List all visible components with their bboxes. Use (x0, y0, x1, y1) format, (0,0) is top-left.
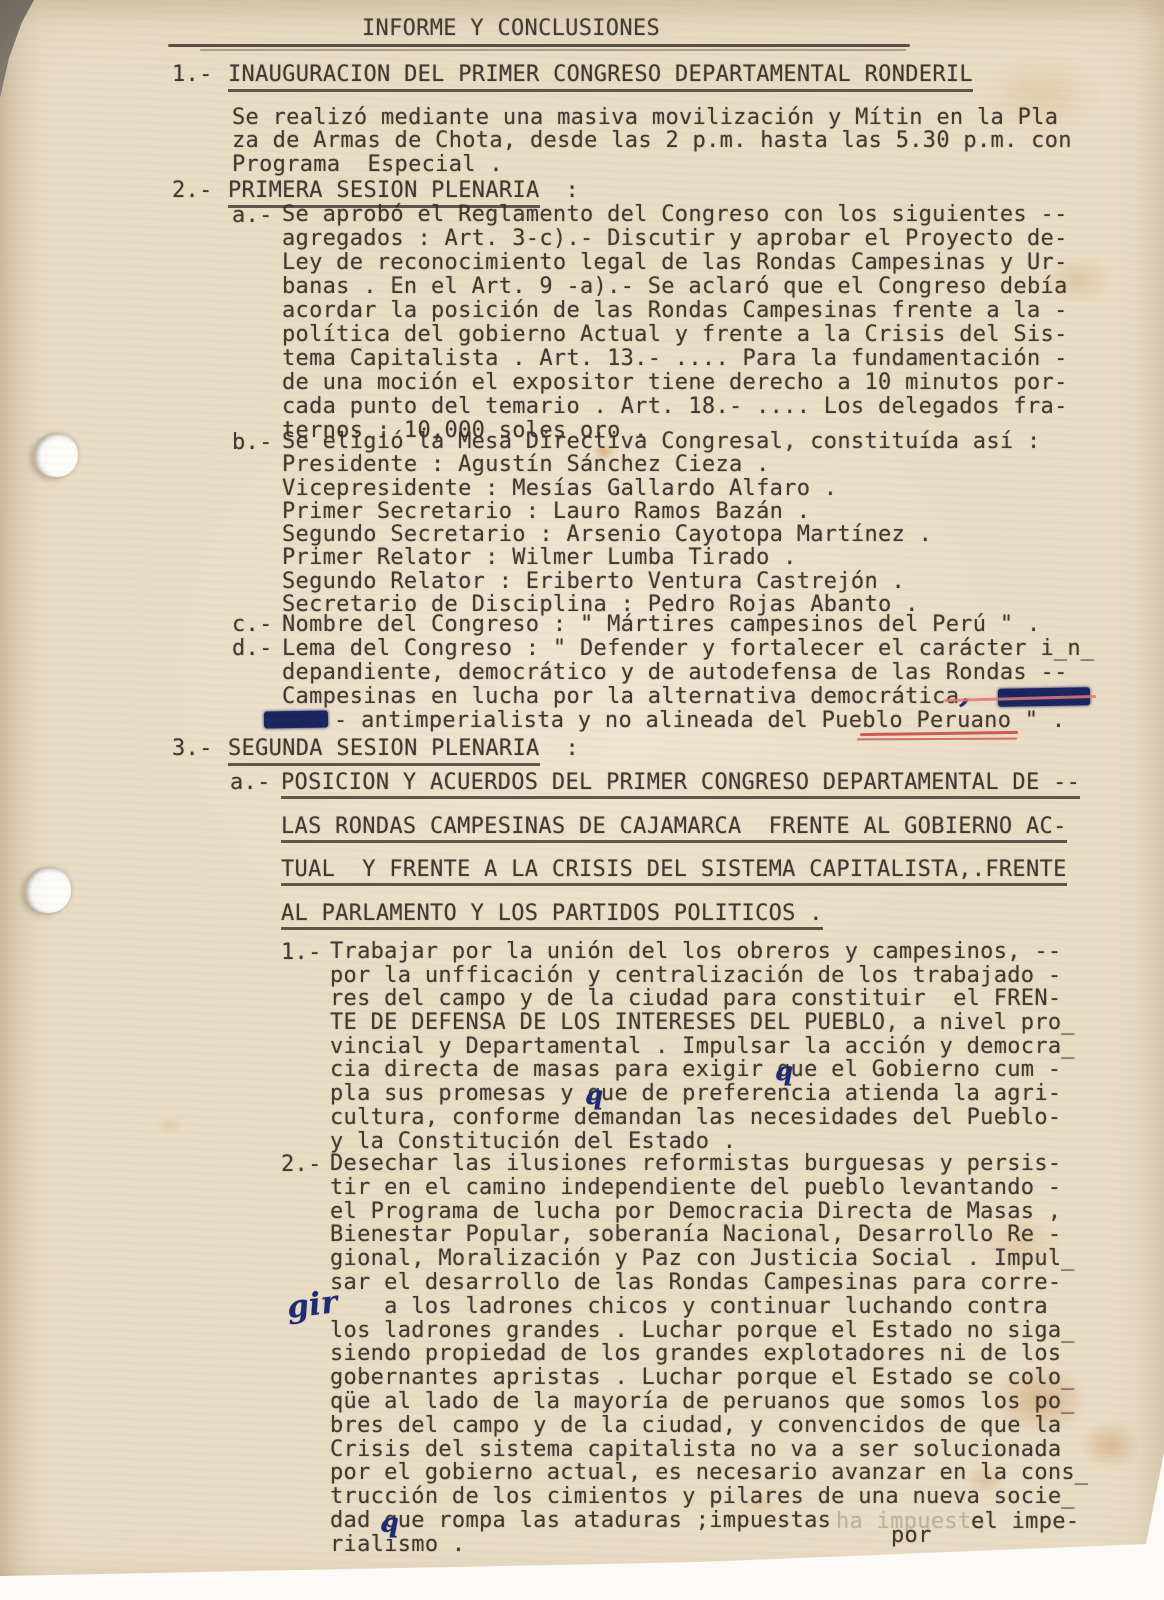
section-1-number: 1.- (172, 62, 213, 87)
text-line: Bienestar Popular, soberanía Nacional, D… (330, 1223, 1088, 1247)
section-1-body: Se realizó mediante una masiva movilizac… (232, 106, 1072, 176)
item-c-text: Nombre del Congreso : " Mártires campesi… (282, 612, 1041, 637)
item-a2-label: a.- (230, 770, 271, 795)
title-rule-echo (200, 49, 906, 51)
handwritten-q-correction: q (380, 1508, 399, 1539)
ink-blot (264, 710, 328, 728)
text-line: qüe al lado de la mayoría de peruanos qu… (330, 1390, 1088, 1414)
item-a2-heading-lines: POSICION Y ACUERDOS DEL PRIMER CONGRESO … (281, 770, 1080, 944)
line-tail-text: el impe- (971, 1509, 1079, 1534)
point-2-number: 2.- (281, 1152, 322, 1177)
item-d-line4-pre: - antimperialista y no alineada del (334, 708, 822, 733)
item-c-label: c.- (232, 612, 273, 637)
item-d-line4-post: " . (1011, 708, 1065, 733)
text-line: Ley de reconocimiento legal de las Ronda… (282, 251, 1068, 275)
red-underline-mark (857, 738, 1017, 741)
point-2-text: Desechar las ilusiones reformistas burgu… (330, 1152, 1088, 1557)
text-line: los ladrones grandes . Luchar porque el … (330, 1319, 1088, 1343)
text-line: Trabajar por la unión del los obreros y … (330, 940, 1075, 964)
item-a-text: Se aprobó el Reglamento del Congreso con… (282, 203, 1068, 443)
document-page: INFORME Y CONCLUSIONES 1.- INAUGURACION … (0, 0, 1164, 1600)
point-1-number: 1.- (281, 940, 322, 965)
section-1-heading: INAUGURACION DEL PRIMER CONGRESO DEPARTA… (228, 62, 973, 92)
title-rule (168, 44, 910, 47)
text-line: banas . En el Art. 9 -a).- Se aclaró que… (282, 275, 1068, 299)
section-3-number: 3.- (172, 736, 213, 761)
handwritten-word-correction: gir (285, 1284, 340, 1326)
item-d-line4: - antimperialista y no alineada del Pueb… (334, 708, 1065, 733)
text-line: pla sus promesas y que de preferencia at… (330, 1082, 1075, 1106)
text-line: vincial y Departamental . Impulsar la ac… (330, 1035, 1075, 1059)
text-line: Desechar las ilusiones reformistas burgu… (330, 1152, 1088, 1176)
text-line: cada punto del temario . Art. 18.- .... … (282, 395, 1068, 419)
text-line: a los ladrones chicos y continuar luchan… (330, 1295, 1088, 1319)
text-line: por el gobierno actual, es necesario ava… (330, 1461, 1088, 1485)
text-line: Segundo Secretario : Arsenio Cayotopa Ma… (282, 523, 1041, 546)
text-line: Vicepresidente : Mesías Gallardo Alfaro … (282, 477, 1041, 500)
text-line: Primer Secretario : Lauro Ramos Bazán . (282, 500, 1041, 523)
text-line: Primer Relator : Wilmer Lumba Tirado . (282, 546, 1041, 569)
text-line: Crisis del sistema capitalista no va a s… (330, 1438, 1088, 1462)
hole-punch (34, 433, 78, 477)
item-b-text: Se eligió la Mesa Directiva Congresal, c… (282, 430, 1041, 616)
item-b-label: b.- (232, 430, 273, 455)
text-line: TUAL Y FRENTE A LA CRISIS DEL SISTEMA CA… (281, 857, 1067, 886)
text-line: Presidente : Agustín Sánchez Cieza . (282, 453, 1041, 476)
text-line: tema Capitalista . Art. 13.- .... Para l… (282, 347, 1068, 371)
text-line: cultura, conforme demandan las necesidad… (330, 1106, 1075, 1130)
handwritten-q-correction: q (585, 1081, 603, 1111)
text-line: siendo propiedad de los grandes explotad… (330, 1342, 1088, 1366)
text-line: agregados : Art. 3-c).- Discutir y aprob… (282, 227, 1068, 251)
text-line: política del gobierno Actual y frente a … (282, 323, 1068, 347)
item-d-line1: Lema del Congreso : " Defender y fortale… (282, 636, 1094, 661)
text-line: rialismo . (330, 1533, 1088, 1557)
item-d-line3: Campesinas en lucha por la alternativa d… (282, 684, 959, 709)
text-line: POSICION Y ACUERDOS DEL PRIMER CONGRESO … (281, 770, 1080, 799)
text-line: cia directa de masas para exigir que el … (330, 1058, 1075, 1082)
text-line: Se realizó mediante una masiva movilizac… (232, 106, 1072, 129)
text-line: acordar la posición de las Rondas Campes… (282, 299, 1068, 323)
text-line: bres del campo y de la ciudad, y convenc… (330, 1414, 1088, 1438)
text-line: Programa Especial . (232, 153, 1072, 176)
text-line: tir en el camino independiente del puebl… (330, 1176, 1088, 1200)
item-d-line4-marked: Pueblo Peruano (822, 708, 1012, 733)
text-line: Segundo Relator : Eriberto Ventura Castr… (282, 570, 1041, 593)
item-a-label: a.- (232, 203, 273, 228)
text-line: gional, Moralización y Paz con Justicia … (330, 1247, 1088, 1271)
section-3-heading: SEGUNDA SESION PLENARIA (228, 736, 540, 766)
text-line: AL PARLAMENTO Y LOS PARTIDOS POLITICOS . (281, 901, 823, 930)
text-line: LAS RONDAS CAMPESINAS DE CAJAMARCA FRENT… (281, 814, 1067, 843)
section-2-number: 2.- (172, 178, 213, 203)
item-d-line2: depandiente, democrático y de autodefens… (282, 660, 1068, 685)
text-line: za de Armas de Chota, desde las 2 p.m. h… (232, 129, 1072, 152)
offset-typed-word: por (891, 1523, 932, 1548)
page-title: INFORME Y CONCLUSIONES (362, 16, 660, 41)
section-2-heading-colon: : (552, 178, 579, 203)
text-line: y la Constitución del Estado . (330, 1130, 1075, 1154)
text-line: trucción de los cimientos y pilares de u… (330, 1485, 1088, 1509)
text-line: por la unfficación y centralización de l… (330, 964, 1075, 988)
text-line: Se aprobó el Reglamento del Congreso con… (282, 203, 1068, 227)
section-3-heading-colon: : (552, 736, 579, 761)
item-d-label: d.- (232, 636, 273, 661)
text-line: gobernantes apristas . Luchar porque el … (330, 1366, 1088, 1390)
handwritten-q-correction: q (775, 1057, 793, 1087)
point-1-text: Trabajar por la unión del los obreros y … (330, 940, 1075, 1153)
text-line: res del campo y de la ciudad para consti… (330, 987, 1075, 1011)
text-line: Se eligió la Mesa Directiva Congresal, c… (282, 430, 1041, 453)
hole-punch (25, 867, 71, 913)
text-line: TE DE DEFENSA DE LOS INTERESES DEL PUEBL… (330, 1011, 1075, 1035)
text-line: sar el desarrollo de las Rondas Campesin… (330, 1271, 1088, 1295)
text-line: de una moción el expositor tiene derecho… (282, 371, 1068, 395)
text-line: el Programa de lucha por Democracia Dire… (330, 1200, 1088, 1224)
